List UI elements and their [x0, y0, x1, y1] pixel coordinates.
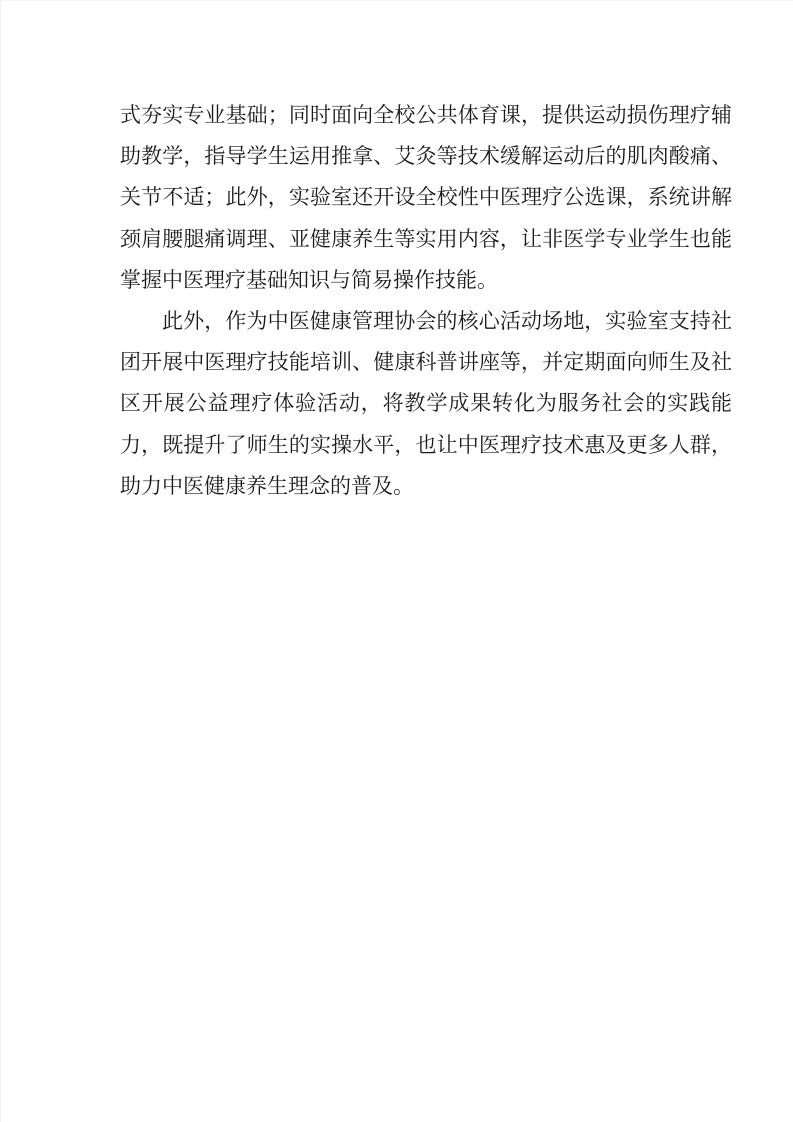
document-page: 式夯实专业基础；同时面向全校公共体育课，提供运动损伤理疗辅助教学，指导学生运用推…	[0, 0, 793, 1122]
paragraph-second: 此外，作为中医健康管理协会的核心活动场地，实验室支持社团开展中医理疗技能培训、健…	[120, 301, 732, 507]
paragraph-continuation: 式夯实专业基础；同时面向全校公共体育课，提供运动损伤理疗辅助教学，指导学生运用推…	[120, 95, 732, 301]
page-text-block: 式夯实专业基础；同时面向全校公共体育课，提供运动损伤理疗辅助教学，指导学生运用推…	[120, 95, 732, 507]
